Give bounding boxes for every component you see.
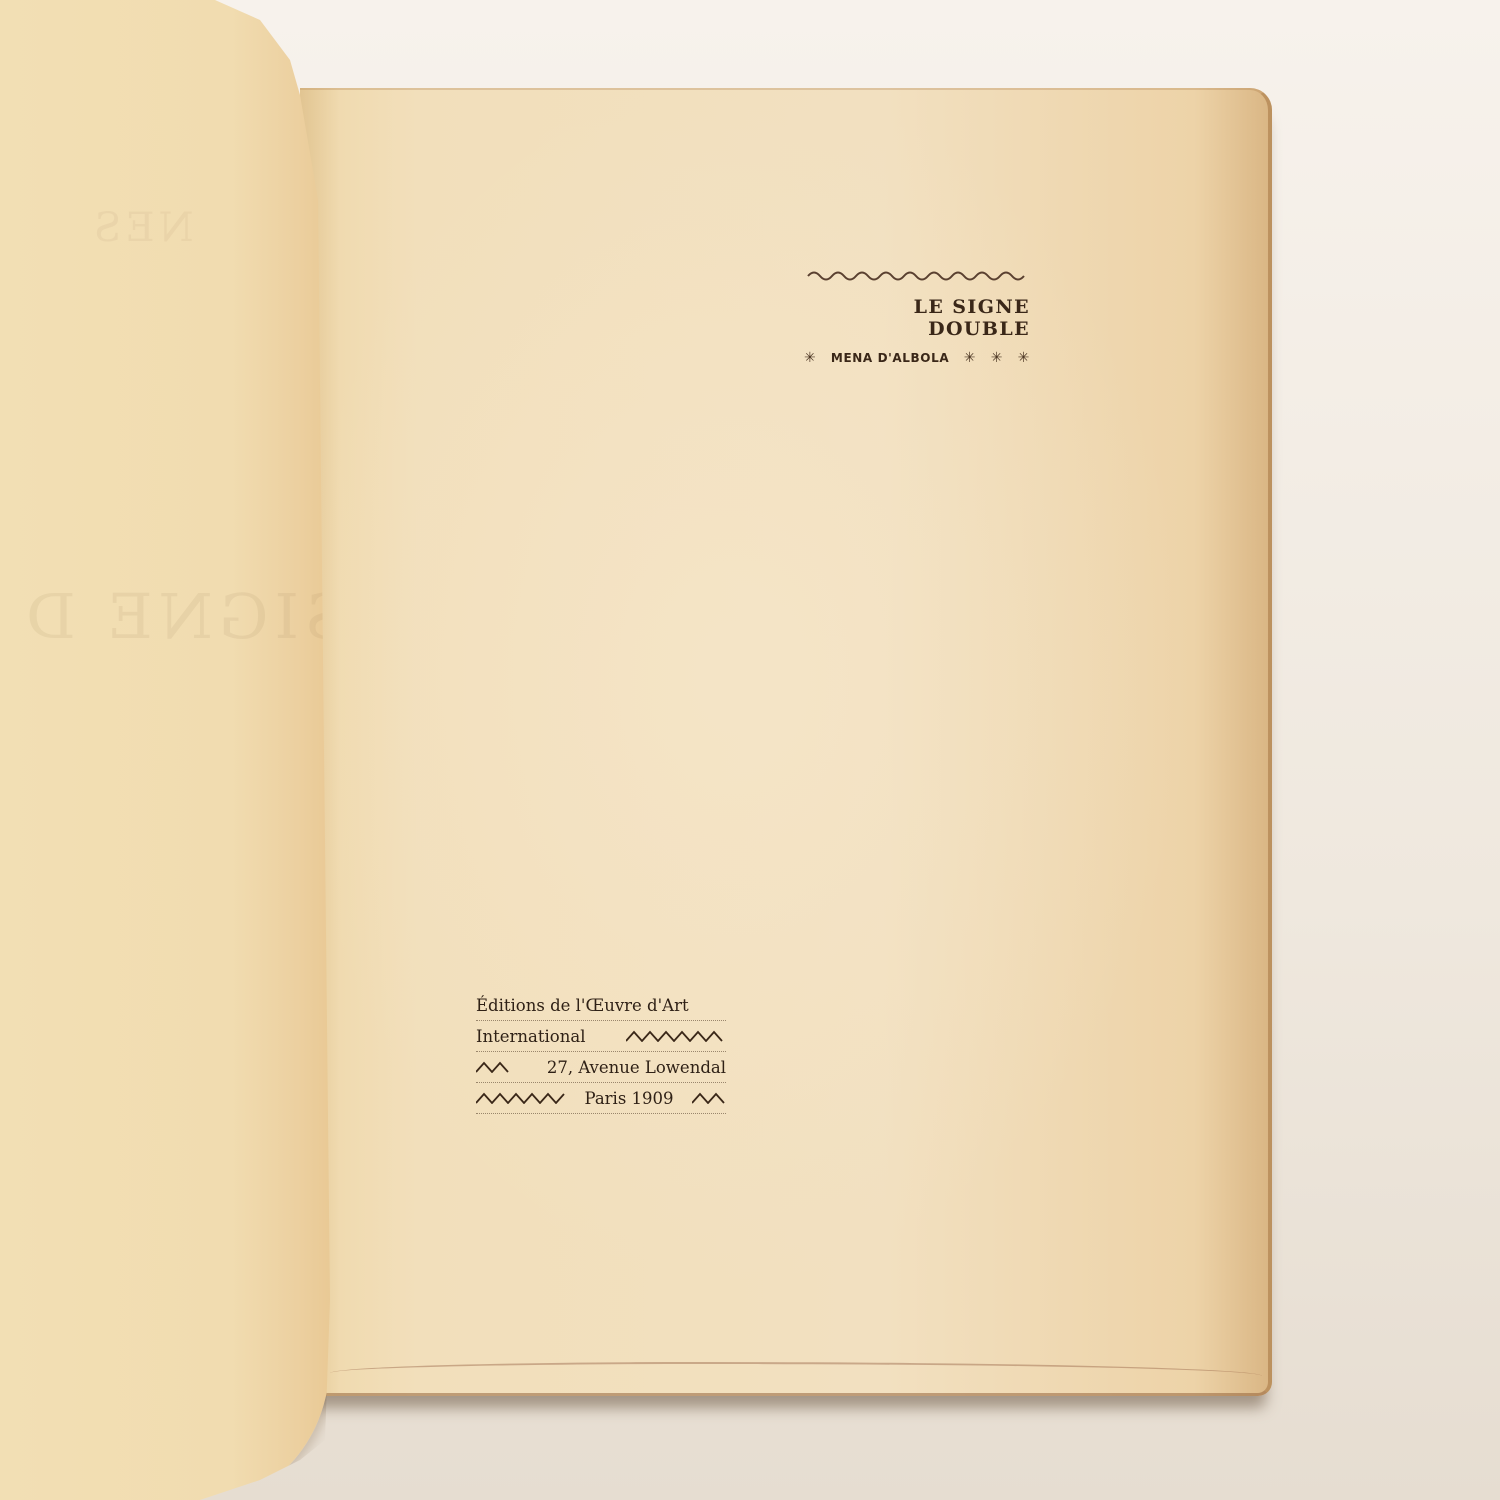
author-line: ✳ MENA D'ALBOLA ✳ ✳ ✳ <box>804 350 1030 366</box>
zigzag-ornament-icon <box>626 1030 726 1042</box>
title-block: LE SIGNE DOUBLE ✳ MENA D'ALBOLA ✳ ✳ ✳ <box>804 268 1030 366</box>
imprint-city-year: Paris 1909 <box>584 1089 673 1108</box>
asterism-star-icon: ✳ <box>1018 350 1030 366</box>
zigzag-ornament-icon <box>692 1092 726 1104</box>
scroll-ornament-icon <box>804 268 1030 282</box>
right-title-page <box>300 88 1272 1396</box>
imprint-line: International <box>476 1021 726 1052</box>
left-verso-page: NES LE SIGNE D <box>0 0 330 1500</box>
asterism-star-icon: ✳ <box>804 350 816 366</box>
imprint-line: Paris 1909 <box>476 1083 726 1114</box>
zigzag-ornament-icon <box>476 1092 566 1104</box>
imprint-address: 27, Avenue Lowendal <box>547 1058 726 1077</box>
imprint-publisher: Éditions de l'Œuvre d'Art <box>476 996 689 1015</box>
author-name: MENA D'ALBOLA <box>831 351 949 365</box>
imprint-line: Éditions de l'Œuvre d'Art <box>476 990 726 1021</box>
show-through-text-top: NES <box>90 205 194 251</box>
deckle-edge <box>330 1362 1262 1390</box>
asterism-star-icon: ✳ <box>964 350 976 366</box>
imprint-international: International <box>476 1027 585 1046</box>
asterism-star-icon: ✳ <box>991 350 1003 366</box>
zigzag-ornament-icon <box>476 1061 510 1073</box>
publisher-imprint: Éditions de l'Œuvre d'Art International … <box>476 990 726 1114</box>
imprint-line: 27, Avenue Lowendal <box>476 1052 726 1083</box>
book-title: LE SIGNE DOUBLE <box>804 296 1030 340</box>
